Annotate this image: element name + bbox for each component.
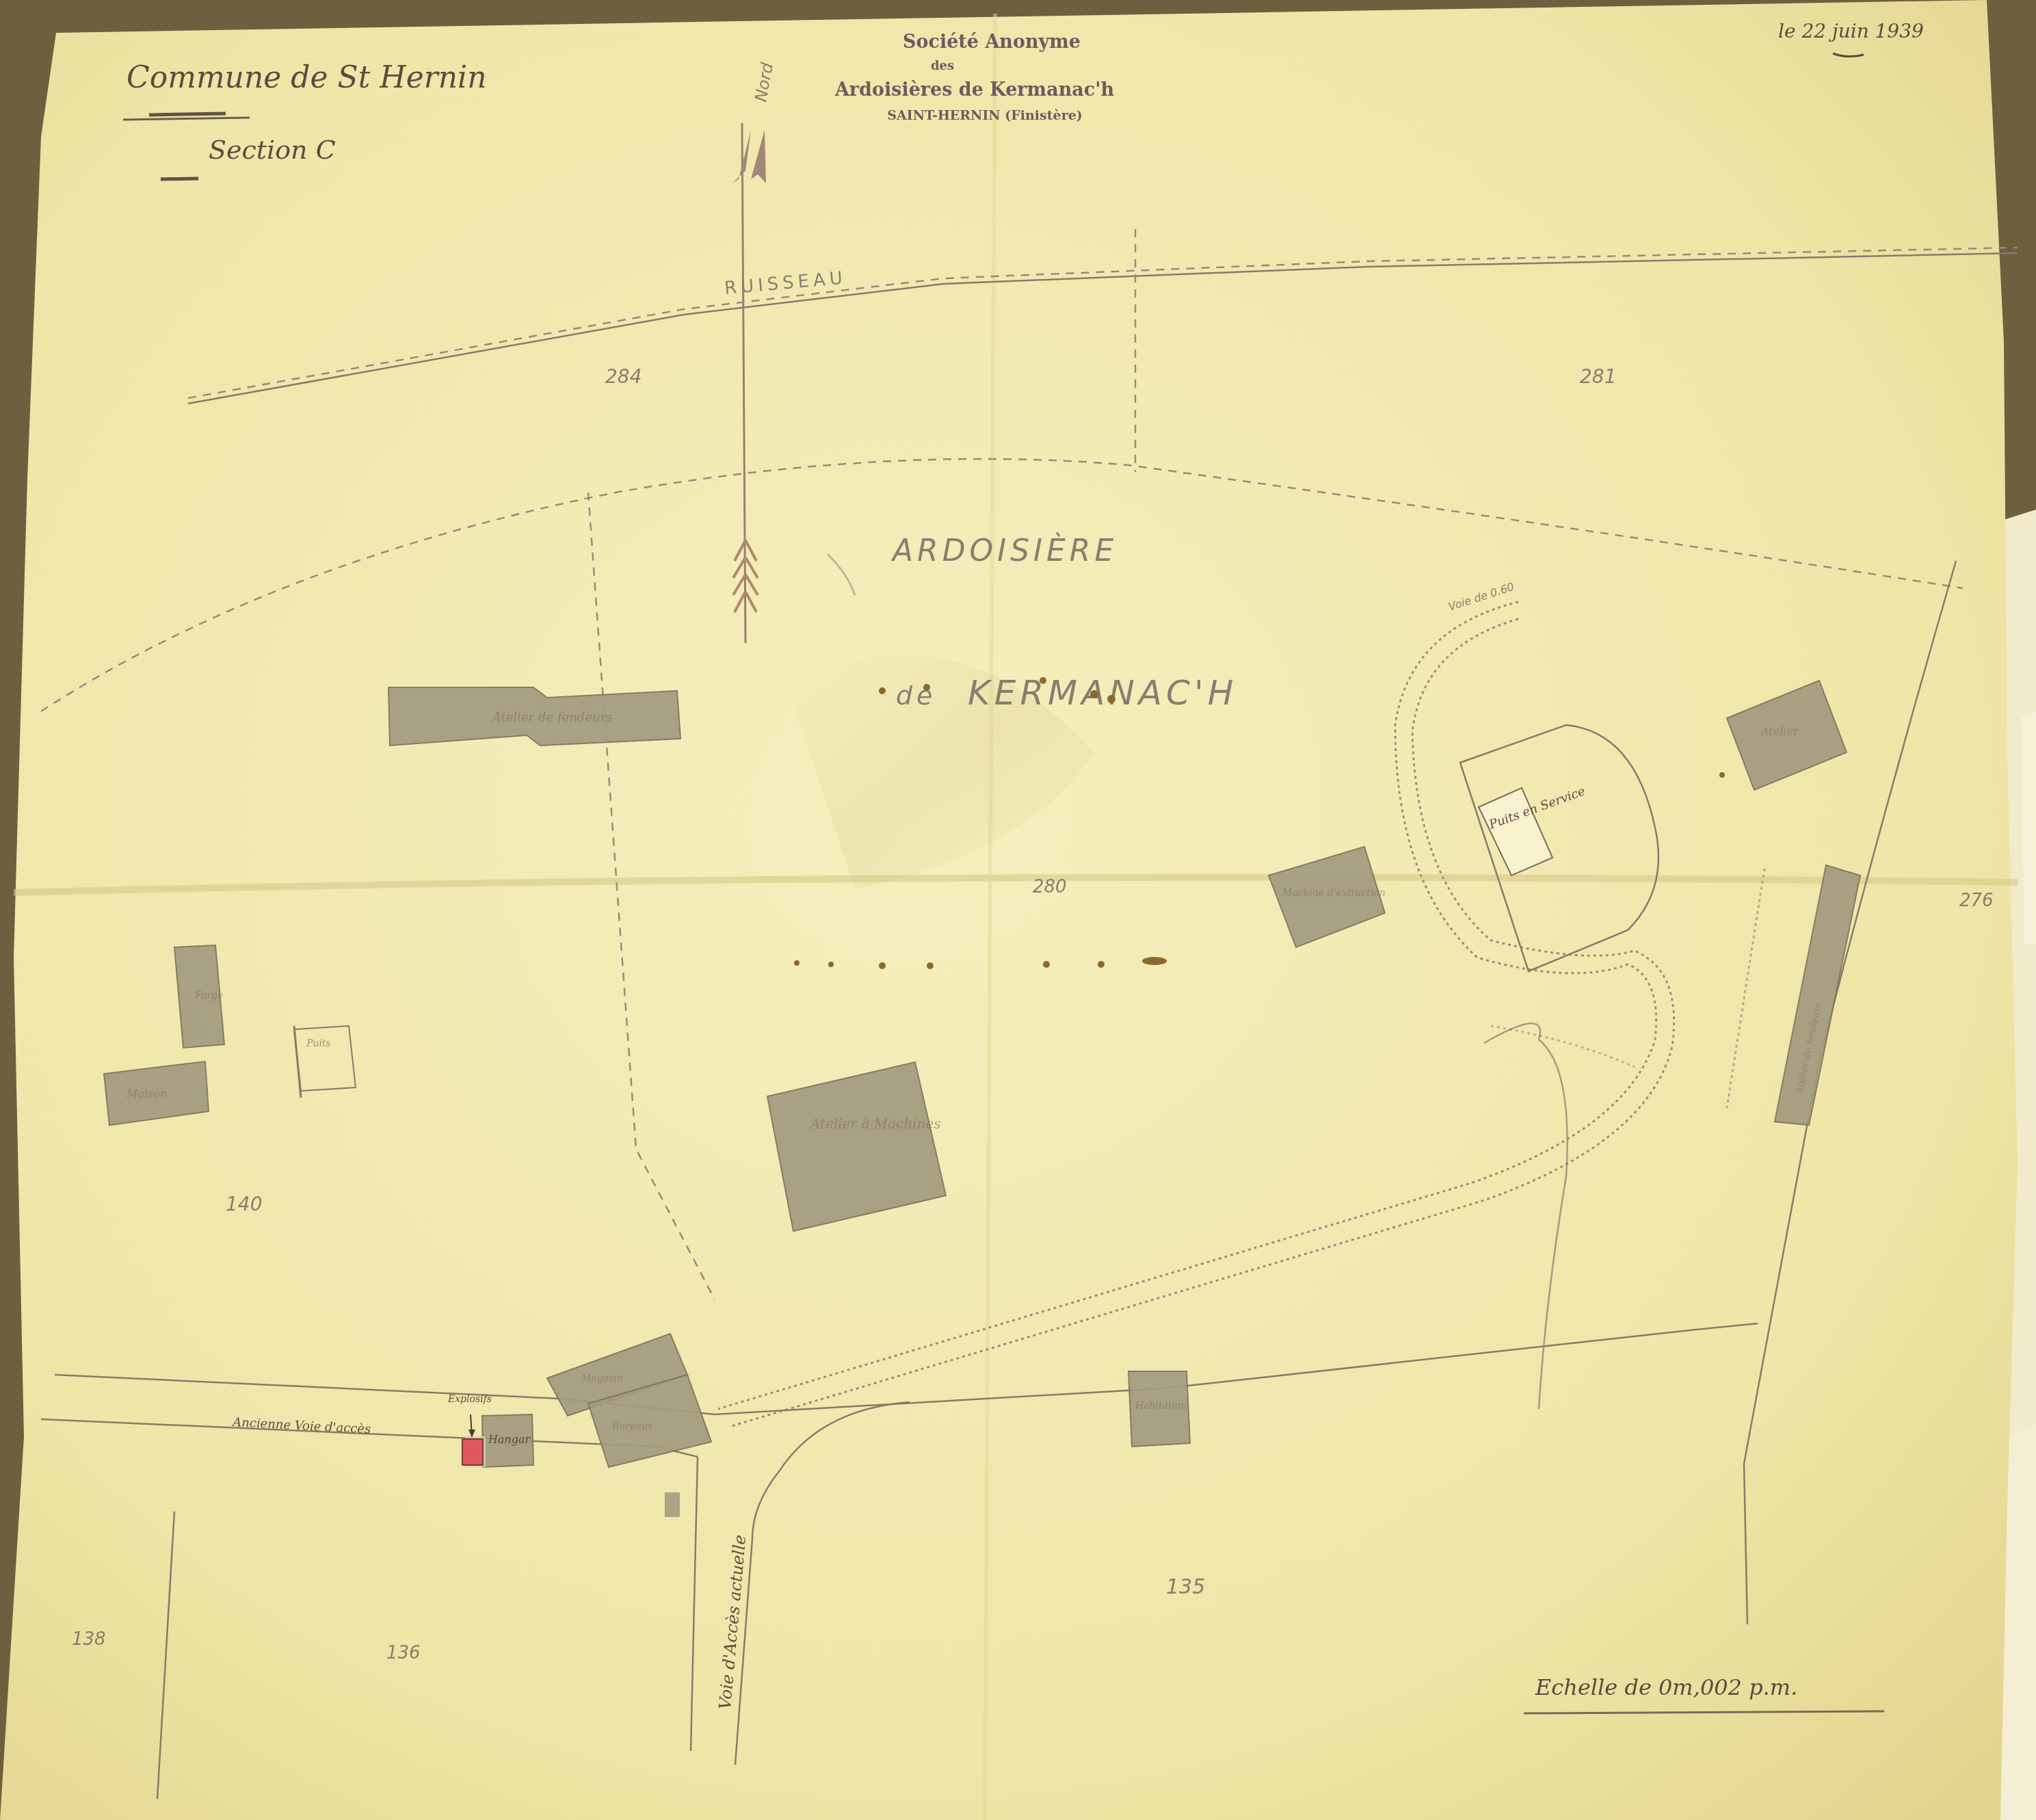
- parcel-280: 280: [1033, 877, 1067, 897]
- stamp-line-4: SAINT-HERNIN (Finistère): [887, 108, 1082, 123]
- svg-text:Maison: Maison: [126, 1087, 167, 1100]
- title-line-2-prefix: de: [896, 681, 937, 711]
- building-explosifs: [462, 1439, 483, 1465]
- stamp-line-1: Société Anonyme: [903, 31, 1081, 53]
- svg-text:Atelier: Atelier: [1760, 725, 1799, 738]
- explosifs-label: Explosifs: [447, 1394, 492, 1405]
- svg-text:Bureaux: Bureaux: [611, 1421, 653, 1432]
- parcel-284: 284: [605, 365, 642, 388]
- paper-sheet: [0, 0, 2018, 1820]
- parcel-136: 136: [386, 1643, 421, 1663]
- svg-text:Magasin: Magasin: [581, 1373, 623, 1384]
- parcel-138: 138: [72, 1629, 106, 1650]
- svg-text:Hangar: Hangar: [488, 1433, 531, 1446]
- commune-label: Commune de St Hernin: [127, 60, 487, 95]
- svg-text:Puits: Puits: [306, 1038, 331, 1049]
- stamp-line-2: des: [931, 59, 954, 73]
- scale-label: Echelle de 0m,002 p.m.: [1535, 1674, 1797, 1700]
- svg-text:Forge: Forge: [194, 990, 223, 1001]
- date-label: le 22 juin 1939: [1778, 20, 1924, 42]
- svg-text:Atelier de fendeurs: Atelier de fendeurs: [491, 711, 612, 725]
- parcel-135: 135: [1166, 1575, 1205, 1599]
- svg-text:Atelier à Machines: Atelier à Machines: [809, 1116, 941, 1132]
- section-label: Section C: [209, 135, 336, 165]
- title-line-1: ARDOISIÈRE: [890, 532, 1118, 568]
- title-line-2-name: KERMANAC'H: [968, 673, 1237, 713]
- parcel-276: 276: [1959, 891, 1994, 911]
- parcel-281: 281: [1580, 365, 1616, 388]
- map-scene: Commune de St Hernin Section C Société A…: [0, 0, 2036, 1820]
- svg-text:Machine d'extraction: Machine d'extraction: [1282, 888, 1386, 899]
- svg-text:Habitation: Habitation: [1135, 1401, 1187, 1412]
- stamp-line-3: Ardoisières de Kermanac'h: [834, 79, 1115, 101]
- parcel-140: 140: [226, 1193, 262, 1215]
